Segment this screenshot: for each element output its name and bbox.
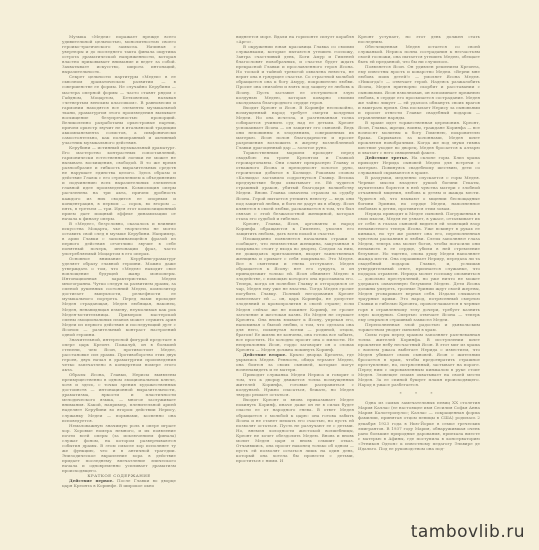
text-column-3: Креонт уступает, но этот день должен ста… [358,34,480,451]
paragraph: Появляется Ясон. Он удивлен решением Кре… [358,64,480,120]
paragraph: Действие второе. Крыло дворца Креонта, г… [236,352,354,372]
paragraph: В раздумьи, медленно спускается с горы М… [358,175,480,210]
paragraph: Неожиданно появляется начальник стражи и… [236,236,354,352]
paragraph: Нерида приводит к Медее сыновей. Погруже… [358,211,480,322]
paragraph: Немаловажную значимую роль в опере играе… [62,423,176,473]
paragraph: Музыка «Медеи» поражает прежде всего уди… [62,34,176,74]
paragraph: Приходит служанка Медеи Нериса и говорит… [236,372,354,397]
paragraph: Креонт уступает, но этот день должен ста… [358,34,480,44]
paragraph: Переполненная злой радостью и дьявольски… [358,322,480,332]
paragraph: Действие первое. После Главки во дворце … [62,478,176,488]
paragraph: В храме идет торжественная церемония. Кр… [358,120,480,155]
document-page: Музыка «Медеи» поражает прежде всего уди… [0,0,539,550]
paragraph: Входит Креонт и Ясон. В Коринфе неспокой… [236,105,354,150]
paragraph: В окружении юная красавица Главка со сво… [236,44,354,105]
paragraph: виднеется море. Вдали на горизонте силуэ… [236,34,354,44]
paragraph: Секрет цельности партитуры «Медеи» в ее … [62,74,176,145]
paragraph: Одна из самых замечательных певиц XX сто… [358,400,480,450]
section-separator: * * * [358,391,480,396]
paragraph: Силы горы перед храмом заполняет разгнев… [358,332,480,388]
paragraph: В «Медее», безусловно, сказалось и влиян… [62,221,176,256]
paragraph: Образы Ясона, Главки, Нерисы выявлены пр… [62,372,176,422]
text-column-1: Музыка «Медеи» поражает прежде всего уди… [62,34,176,488]
watermark: tambovlib.ru [409,522,527,542]
paragraph: Входит Креонт и вновь приказывает Медее … [236,397,354,463]
act-title: Действие первое. [69,478,114,483]
paragraph: Торжественным маршем проходят перед свад… [236,150,354,221]
act-title: Действие третье. [365,155,409,160]
text-column-2: виднеется море. Вдали на горизонте силуэ… [236,34,354,463]
paragraph: Керубини — истинный музыкальный драматур… [62,145,176,221]
paragraph: Действие третье. На склоне горы. Близ хр… [358,155,480,175]
paragraph: Основное внимание Керубини-драматург уде… [62,256,176,337]
paragraph: Значительной, интересной фигурой предста… [62,337,176,372]
paragraph: Креонт, Главка, Ясон, аргонавты и народ … [236,221,354,236]
paragraph: Обесчещенная Медея остается со своей слу… [358,44,480,64]
act-title: Действие второе. [243,352,287,357]
